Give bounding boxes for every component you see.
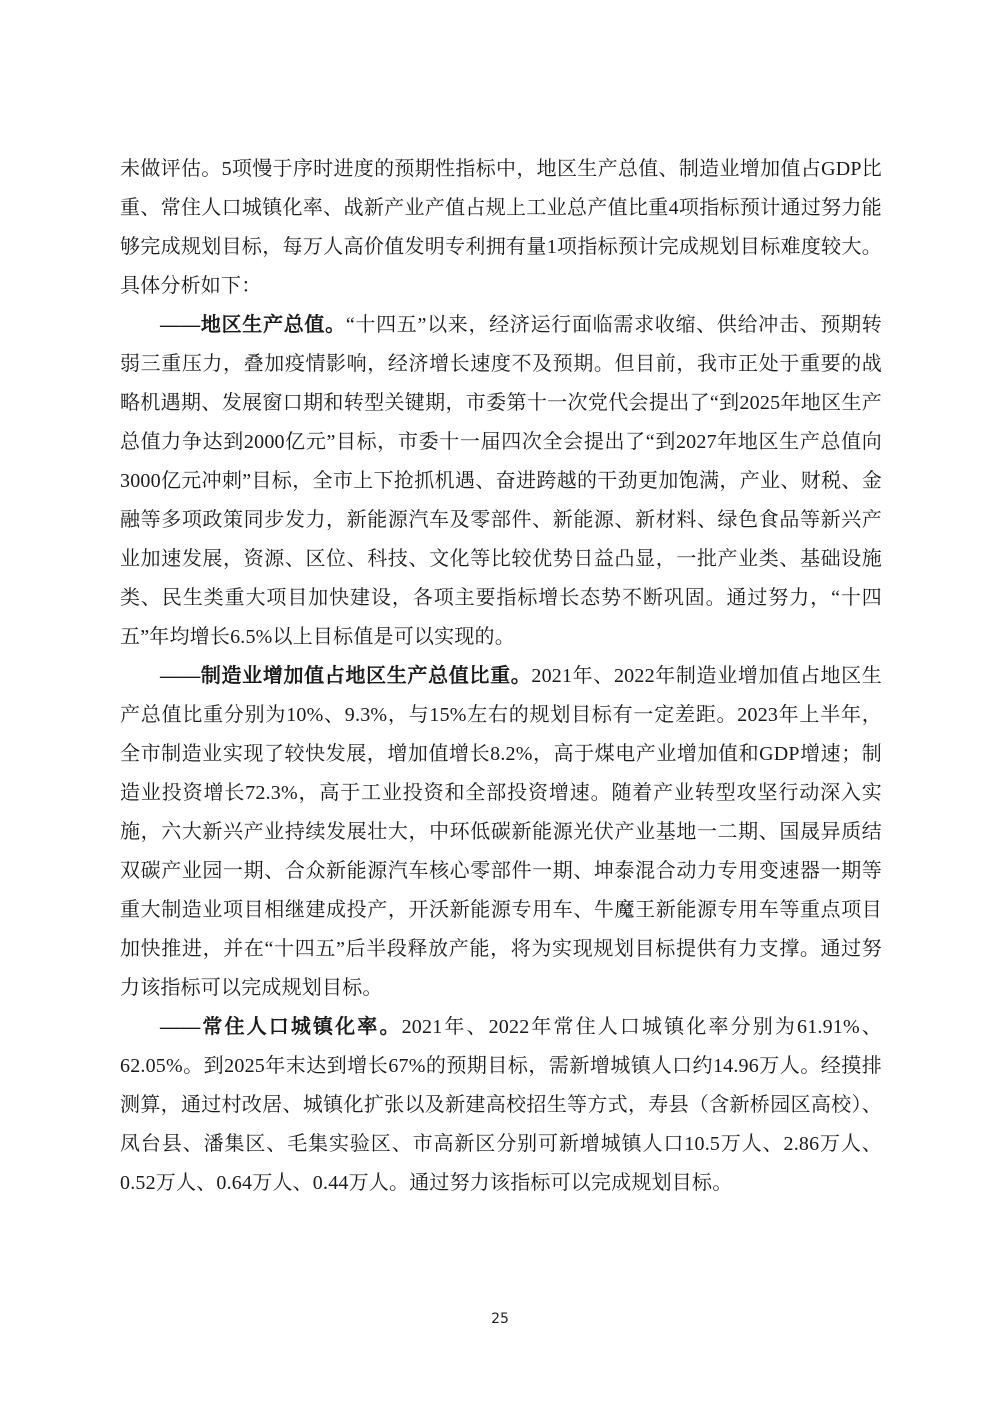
- document-body: 未做评估。5项慢于序时进度的预期性指标中，地区生产总值、制造业增加值占GDP比重…: [120, 150, 882, 1203]
- paragraph-text: 2021年、2022年制造业增加值占地区生产总值比重分别为10%、9.3%，与1…: [120, 665, 882, 999]
- paragraph-manufacturing: ——制造业增加值占地区生产总值比重。2021年、2022年制造业增加值占地区生产…: [120, 657, 882, 1008]
- paragraph-intro: 未做评估。5项慢于序时进度的预期性指标中，地区生产总值、制造业增加值占GDP比重…: [120, 150, 882, 306]
- paragraph-urbanization: ——常住人口城镇化率。2021年、2022年常住人口城镇化率分别为61.91%、…: [120, 1008, 882, 1203]
- section-heading-urbanization: ——常住人口城镇化率。: [160, 1016, 402, 1038]
- paragraph-text: “十四五”以来，经济运行面临需求收缩、供给冲击、预期转弱三重压力，叠加疫情影响，…: [120, 314, 882, 648]
- section-heading-gdp: ——地区生产总值。: [160, 314, 346, 336]
- page-number: 25: [0, 1311, 1000, 1327]
- paragraph-gdp: ——地区生产总值。“十四五”以来，经济运行面临需求收缩、供给冲击、预期转弱三重压…: [120, 306, 882, 657]
- paragraph-text: 2021年、2022年常住人口城镇化率分别为61.91%、62.05%。到202…: [120, 1016, 882, 1194]
- section-heading-manufacturing: ——制造业增加值占地区生产总值比重。: [160, 665, 531, 687]
- paragraph-text: 未做评估。5项慢于序时进度的预期性指标中，地区生产总值、制造业增加值占GDP比重…: [120, 158, 882, 297]
